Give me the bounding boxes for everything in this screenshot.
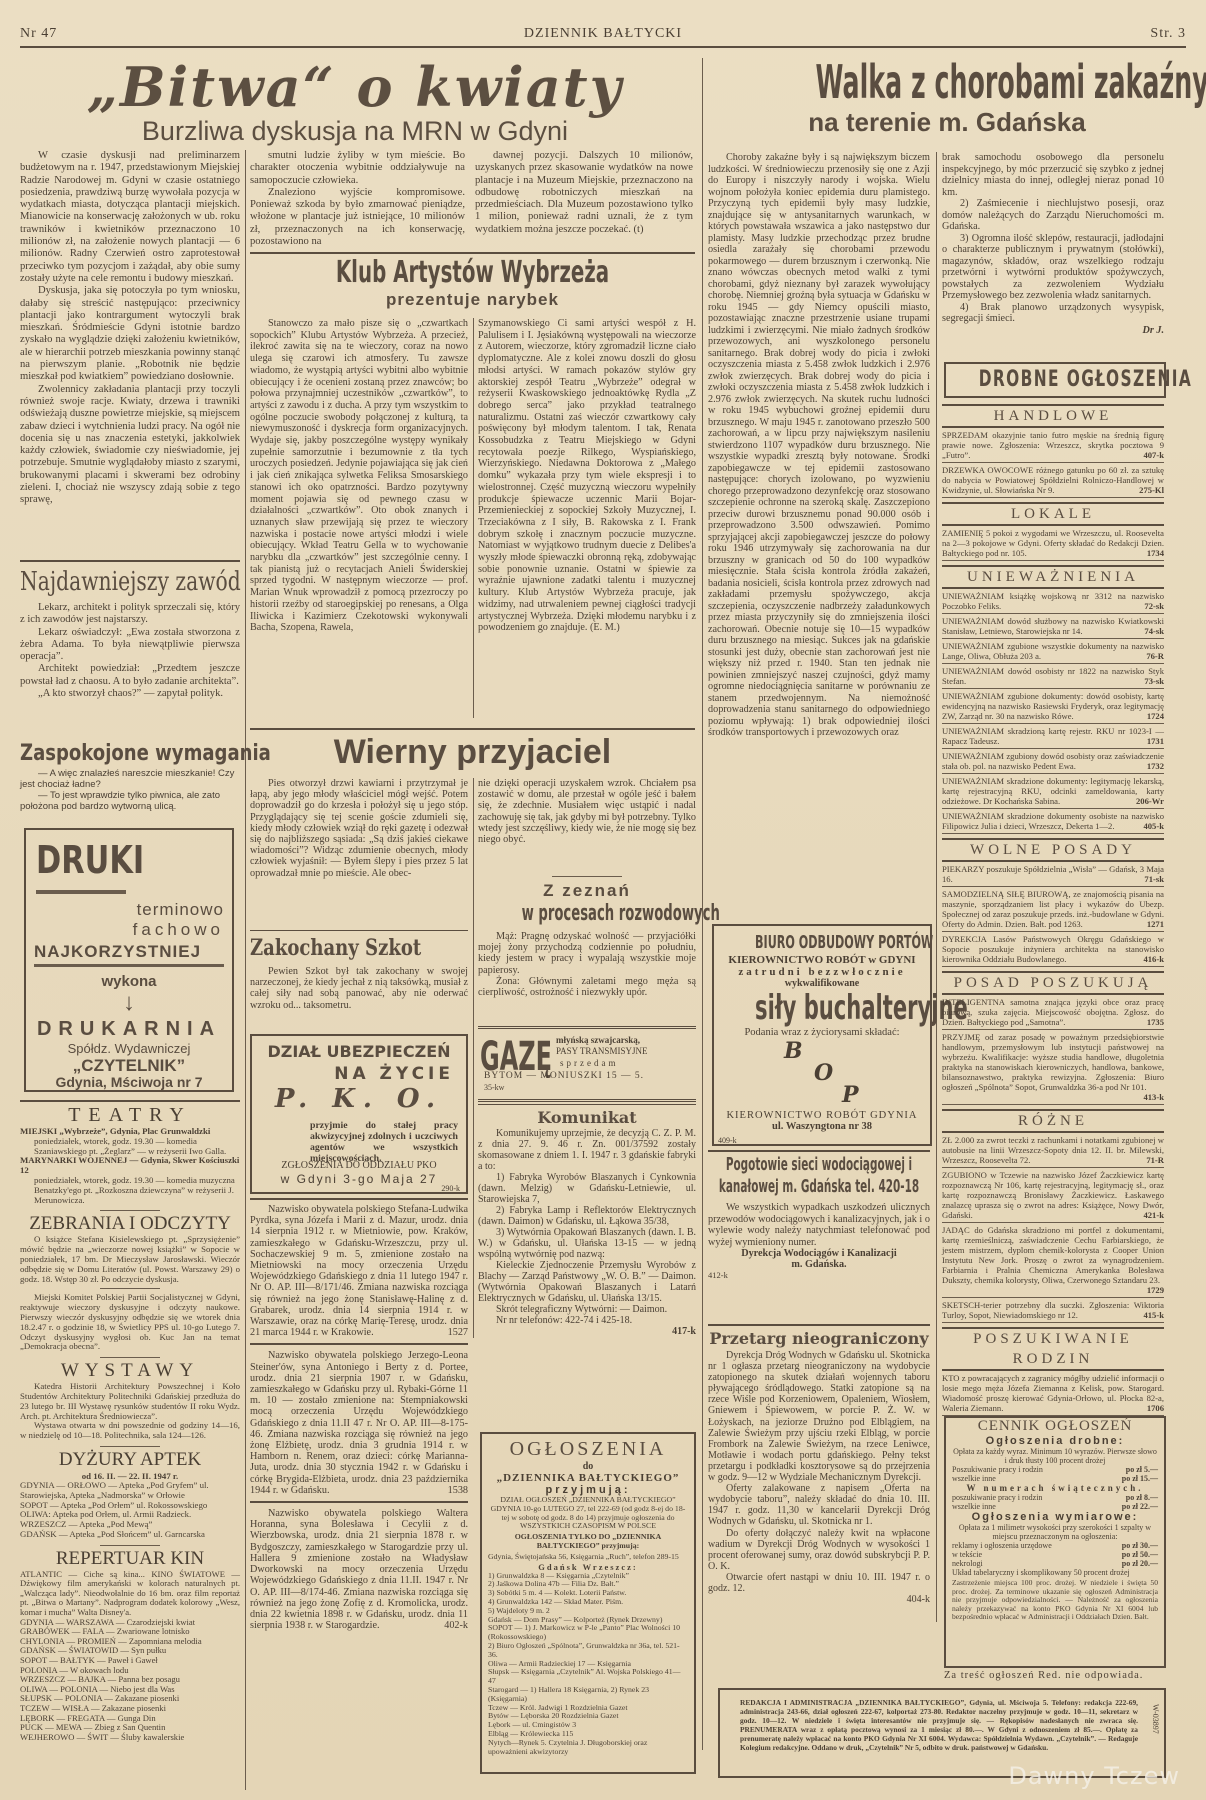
rate-value: po zł 30.— xyxy=(1122,1541,1158,1550)
zeznan-subhead: w procesach rozwodowych xyxy=(522,901,653,927)
classified-text: SAMODZIELNĄ SIŁĘ BIUROWĄ, ze znajomością… xyxy=(942,889,1164,929)
szkot-article: Zakochany Szkot Pewien Szkot był tak zak… xyxy=(250,934,468,1011)
rate-label: poszukiwanie pracy i rodzin xyxy=(952,1493,1042,1502)
ad-code: 1731 xyxy=(1147,736,1164,746)
classified-ad: INTELIGENTNA samotna znająca języki obce… xyxy=(942,995,1164,1030)
rate-value: po zł 50.— xyxy=(1122,1550,1158,1559)
paragraph: Znaleziono wyjście kompromisowe. Poniewa… xyxy=(250,187,465,248)
bop-logo: B O P xyxy=(714,1038,930,1110)
divider xyxy=(250,1501,468,1503)
ad-code: 74-sk xyxy=(1144,626,1164,636)
paragraph: nie dzięki operacji uzyskałem wzrok. Chc… xyxy=(478,778,696,845)
walka-headline-block: Walka z chorobami zakaźnymi na terenie m… xyxy=(708,56,1186,136)
zebranie-item: Miejski Komitet Polskiej Partii Socjalis… xyxy=(20,1293,240,1352)
ogloszenia-text: DZIAŁ OGŁOSZEŃ „DZIENNIKA BAŁTYCKIEGO” G… xyxy=(482,1496,694,1531)
paragraph: Pies otworzył drzwi kawiarni i przytrzym… xyxy=(250,778,468,879)
wystawa-item: Katedra Historii Architektury Powszechne… xyxy=(20,1382,240,1421)
classified-text: UNIEWAŻNIAM skradzioną kartę rejestr. RK… xyxy=(942,726,1164,746)
divider xyxy=(478,1104,696,1105)
pko-body: przyjmie do stałej pracy akwizycyjnej zd… xyxy=(310,1120,458,1164)
rate-value: po zł 8.— xyxy=(1126,1493,1158,1502)
classified-text: UNIEWAŻNIAM zgubione wszystkie dokumenty… xyxy=(942,641,1164,661)
classified-ad: UNIEWAŻNIAM dowód służbowy na nazwisko K… xyxy=(942,614,1164,639)
classified-text: ZŁ 2.000 za zwrot teczki z rachunkami i … xyxy=(942,1135,1164,1165)
masthead: Nr 47 DZIENNIK BAŁTYCKI Str. 3 xyxy=(20,22,1186,48)
gaze-line: PASY TRANSMISYJNE xyxy=(556,1046,647,1056)
wystawy-title: WYSTAWY xyxy=(20,1360,240,1382)
druki-line: terminowo xyxy=(137,900,224,920)
column-rule xyxy=(473,778,474,1338)
column-rule xyxy=(473,318,474,718)
wierny-headline: Wierny przyjaciel xyxy=(250,730,695,774)
teatr-name: MARYNARKI WOJENNEJ — Gdynia, Skwer Kości… xyxy=(20,1155,239,1175)
ogloszenia-text: Gdynia, Świętojańska 56, Księgarnia „Ruc… xyxy=(482,1553,694,1562)
ogloszenia-label: „DZIENNIKA BAŁTYCKIEGO” xyxy=(482,1472,694,1484)
paragraph: Skrót telegraficzny Wytwórni: — Daimon. xyxy=(478,1304,696,1315)
classified-text: SKETSCH-terier potrzebny dla suczki. Zgł… xyxy=(942,1300,1164,1320)
classified-ad: ZGUBIONO w Tczewie na nazwisko Józef Żac… xyxy=(942,1168,1164,1223)
paragraph: Żona: Głównymi zaletami mego męża są cie… xyxy=(478,976,696,998)
classified-ad: UNIEWAŻNIAM skradzione dokumenty osobist… xyxy=(942,809,1164,834)
druki-title: DRUKI xyxy=(36,838,144,882)
divider xyxy=(708,1324,930,1326)
ogloszenia-label: do xyxy=(482,1461,694,1472)
classified-text: ZAMIENIĘ 5 pokoi z wygodami we Wrzeszczu… xyxy=(942,528,1164,558)
cennik-subtitle: W numerach świątecznych. xyxy=(946,1483,1164,1493)
druki-line: Spółdz. Wydawniczej xyxy=(26,1041,232,1056)
paragraph: W czasie dyskusji nad preliminarzem budż… xyxy=(20,150,240,285)
ogloszenia-list-item: SOPOT — 1) J. Markowicz w P-le „Panto” P… xyxy=(488,1624,688,1642)
classified-ad: JADĄC do Gdańska skradziono mi portfel z… xyxy=(942,1223,1164,1298)
ogloszenia-info-box: OGŁOSZENIA do „DZIENNIKA BAŁTYCKIEGO” pr… xyxy=(480,1432,696,1774)
ad-code: 1724 xyxy=(1147,711,1164,721)
classified-ad: UNIEWAŻNIAM zgubiony dowód osobisty oraz… xyxy=(942,749,1164,774)
ad-code: 1527 xyxy=(430,1327,468,1338)
paragraph: Lekarz, architekt i polityk sprzeczali s… xyxy=(20,602,240,627)
ad-code: 1271 xyxy=(1147,919,1164,929)
ad-code: 409-k xyxy=(718,1136,737,1145)
ad-code: 417-k xyxy=(478,1326,696,1337)
rate-value: po zł 5.— xyxy=(1126,1465,1158,1474)
cennik-footer: Za treść ogłoszeń Red. nie odpowiada. xyxy=(944,1670,1164,1681)
ad-code: 412-k xyxy=(708,1270,930,1280)
paragraph: — A więc znalazłeś nareszcie mieszkanie!… xyxy=(20,768,240,790)
ogloszenia-list-item: 2) Biuro Ogłoszeń „Spólnota”, Grunwaldzk… xyxy=(488,1642,688,1660)
paragraph: Choroby zakaźne były i są największym bi… xyxy=(708,152,930,739)
rate-label: reklamy i ogłoszenia urzędowe xyxy=(952,1541,1052,1550)
paragraph: dawnej pozycji. Dalszych 10 milionów, uz… xyxy=(475,150,693,236)
column-rule xyxy=(245,150,246,1790)
divider xyxy=(708,1150,930,1152)
ad-code: 405-k xyxy=(1143,821,1164,831)
classified-ad: SAMODZIELNĄ SIŁĘ BIUROWĄ, ze znajomością… xyxy=(942,887,1164,932)
ad-code: 416-k xyxy=(1143,954,1164,964)
ad-code: 71-R xyxy=(1146,1155,1164,1165)
zaspokojone-article: Zaspokojone wymagania — A więc znalazłeś… xyxy=(20,740,240,812)
klub-col1: Stanowczo za mało pisze się o „czwartkac… xyxy=(250,318,468,634)
divider xyxy=(250,1198,468,1200)
druki-line: NAJKORZYSTNIEJ xyxy=(34,942,201,962)
zebrania-title: ZEBRANIA I ODCZYTY xyxy=(20,1213,240,1235)
classifieds: HANDLOWESPRZEDAM okazyjnie tanio futro m… xyxy=(942,400,1164,1416)
classified-text: PRZYJMĘ od zaraz posadę w poważnym przed… xyxy=(942,1032,1164,1092)
bop-line: zatrudni bezzwłocznie xyxy=(714,966,930,978)
classified-text: UNIEWAŻNIAM dowód osobisty nr 1822 na na… xyxy=(942,666,1164,686)
paper-title: DZIENNIK BAŁTYCKI xyxy=(20,26,1186,42)
classified-ad: UNIEWAŻNIAM zgubione dokumenty: dowód os… xyxy=(942,689,1164,724)
classified-section-title: POSZUKIWANIE RODZIN xyxy=(942,1329,1164,1371)
kina-list: GDYNIA — WARSZAWA — Czarodziejski kwiatG… xyxy=(20,1618,240,1743)
ad-code: 1729 xyxy=(1147,1285,1164,1295)
classified-text: JADĄC do Gdańska skradziono mi portfel z… xyxy=(942,1225,1164,1285)
klub-subhead: prezentuje narybek xyxy=(250,290,695,310)
classified-text: UNIEWAŻNIAM książkę wojskową nr 3312 na … xyxy=(942,591,1164,611)
druki-advertisement: DRUKI terminowo fachowo NAJKORZYSTNIEJ w… xyxy=(24,828,234,1092)
paragraph: — To jest wprawdzie tylko piwnica, ale z… xyxy=(20,790,240,812)
gaze-line: młyńską szwajcarską, xyxy=(556,1035,640,1045)
ad-code: 35-kw xyxy=(484,1083,504,1092)
rate-label: nekrologi xyxy=(952,1559,983,1568)
divider xyxy=(100,1545,160,1546)
cennik-rates: poszukiwanie pracy i rodzinpo zł 8.—wsze… xyxy=(946,1493,1164,1511)
bop-letter: P xyxy=(842,1082,859,1108)
classified-text: KTO z powracających z zagranicy mógłby u… xyxy=(942,1373,1164,1413)
klub-headline: Klub Artystów Wybrzeża xyxy=(326,256,620,290)
zeznan-headline: Z zeznań xyxy=(478,881,696,901)
ogloszenia-list-item: Słupsk — Księgarnia „Czytelnik” Al. Wojs… xyxy=(488,1668,688,1686)
divider xyxy=(100,1446,160,1447)
paragraph: Lekarz oświadczył: „Ewa została stworzon… xyxy=(20,627,240,664)
paragraph: Kieleckie Zjednoczenie Przemysłu Wyrobów… xyxy=(478,1260,696,1304)
paragraph: Nr nr telefonów: 422-74 i 425-18. xyxy=(478,1315,696,1326)
divider xyxy=(20,1100,240,1102)
kina-intro: ATLANTIC — Ciche są kina... KINO ŚWIATOW… xyxy=(20,1570,240,1618)
pko-advertisement: DZIAŁ UBEZPIECZEŃ NA ŻYCIE P. K. O. przy… xyxy=(250,1034,468,1194)
paragraph: smutni ludzie żyliby w tym mieście. Bo c… xyxy=(250,150,465,187)
walka-headline: Walka z chorobami zakaźnymi xyxy=(816,56,1079,108)
classified-text: PIEKARZY poszukuje Spółdzielnia „Wisła” … xyxy=(942,864,1164,884)
classified-ad: KTO z powracających z zagranicy mógłby u… xyxy=(942,1371,1164,1416)
watermark: Dawny Tczew xyxy=(1008,1762,1180,1790)
wystawa-item: Wystawa otwarta w dni powszednie od godz… xyxy=(20,1421,240,1441)
paragraph: „A kto stworzył chaos?” — zapytał polity… xyxy=(20,688,240,700)
rate-label: wszelkie inne xyxy=(952,1474,996,1483)
bitwa-subhead: Burzliwa dyskusja na MRN w Gdyni xyxy=(20,116,690,146)
ad-code: 421-k xyxy=(1143,1210,1164,1220)
najdawniejszy-article: Najdawniejszy zawód Lekarz, architekt i … xyxy=(20,566,240,700)
apteka-item: GDYNIA — ORŁOWO — Apteka „Pod Gryfem” ul… xyxy=(20,1481,240,1501)
paragraph: 2) Fabryka Lamp i Reflektorów Elektryczn… xyxy=(478,1205,696,1227)
rate-row: reklamy i ogłoszenia urzędowepo zł 30.— xyxy=(952,1541,1158,1550)
ad-code: 206-Wr xyxy=(1136,796,1164,806)
komunikat-article: Komunikat Komunikujemy uprzejmie, że dec… xyxy=(478,1108,696,1337)
page-number: Str. 3 xyxy=(1150,26,1186,42)
column-rule xyxy=(936,152,937,1622)
name-change-notice: Nazwisko obywatela polskiego Jerzego-Leo… xyxy=(250,1350,468,1496)
druki-line: fachowo xyxy=(133,920,224,940)
cennik-rates: Poszukiwanie pracy i rodzinpo zł 5.—wsze… xyxy=(946,1465,1164,1483)
teatr-text: poniedziałek, wtorek, godz. 19.30 — kome… xyxy=(20,1137,240,1157)
classified-section-title: LOKALE xyxy=(942,504,1164,526)
classified-section-title: RÓŻNE xyxy=(942,1111,1164,1133)
gaze-line: sprzedam xyxy=(560,1058,618,1068)
komunikat-headline: Komunikat xyxy=(478,1108,696,1128)
ad-code: 72-sk xyxy=(1144,601,1164,611)
divider xyxy=(250,930,468,931)
paragraph: 1) Fabryka Wyrobów Blaszanych i Cynkowni… xyxy=(478,1172,696,1205)
rate-label: wszelkie inne xyxy=(952,1502,996,1511)
ad-code: 402-k xyxy=(426,1620,468,1631)
klub-col2: Szymanowskiego Ci sami artyści wespół z … xyxy=(478,318,696,634)
bitwa-headline: „Bitwa“ o kwiaty xyxy=(20,58,690,116)
wierny-col2: nie dzięki operacji uzyskałem wzrok. Chc… xyxy=(478,778,696,845)
bitwa-headline-block: „Bitwa“ o kwiaty Burzliwa dyskusja na MR… xyxy=(20,58,690,146)
divider xyxy=(36,890,126,894)
paragraph: Stanowczo za mało pisze się o „czwartkac… xyxy=(250,318,468,634)
bitwa-col1: W czasie dyskusji nad preliminarzem budż… xyxy=(20,150,240,507)
paragraph: 3) Wytwórnia Opakowań Blaszanych (dawn. … xyxy=(478,1227,696,1260)
bop-line: KIEROWNICTWO ROBÓT GDYNIA xyxy=(714,1110,930,1121)
classified-ad: PRZYJMĘ od zaraz posadę w poważnym przed… xyxy=(942,1030,1164,1105)
bop-letter: O xyxy=(814,1060,833,1086)
kina-title: REPERTUAR KIN xyxy=(20,1548,240,1570)
signature: Dyrekcja Wodociągów i Kanalizacji xyxy=(708,1248,930,1259)
paragraph: Do oferty dołączyć należy kwit na wpłaco… xyxy=(708,1528,930,1572)
rate-value: po zł 20.— xyxy=(1122,1559,1158,1568)
classified-section-title: UNIEWAŻNIENIA xyxy=(942,567,1164,589)
ad-code: 1734 xyxy=(1147,548,1164,558)
pogotowie-article: Pogotowie sieci wodociągowej i kanałowej… xyxy=(708,1154,930,1280)
rate-value: po zł 15.— xyxy=(1122,1474,1158,1483)
ogloszenia-list-item: Nytych—Rynek 5. Czytelnia J. Długoborski… xyxy=(488,1739,688,1757)
classified-ad: UNIEWAŻNIAM dowód osobisty nr 1822 na na… xyxy=(942,664,1164,689)
classified-ad: DRZEWKA OWOCOWE różnego gatunku po 60 zł… xyxy=(942,463,1164,498)
divider xyxy=(552,876,622,877)
paragraph: Architekt powiedział: „Przedtem jeszcze … xyxy=(20,663,240,688)
cennik-text: Zastrzeżenie miejsca 100 proc. drożej. W… xyxy=(946,1577,1164,1624)
classified-ad: UNIEWAŻNIAM skradzioną kartę rejestr. RK… xyxy=(942,724,1164,749)
gaze-advertisement: GAZĘ młyńską szwajcarską, PASY TRANSMISY… xyxy=(478,1026,696,1102)
pko-line: ZGŁOSZENIA DO ODDZIAŁU PKO xyxy=(252,1160,466,1171)
ad-code: 404-k xyxy=(708,1594,930,1605)
rate-label: w tekście xyxy=(952,1550,982,1559)
divider xyxy=(100,1357,160,1358)
bitwa-col3: dawnej pozycji. Dalszych 10 milionów, uz… xyxy=(475,150,693,236)
classified-ad: ZAMIENIĘ 5 pokoi z wygodami we Wrzeszczu… xyxy=(942,526,1164,561)
druki-line: wykona xyxy=(26,973,232,990)
classified-text: UNIEWAŻNIAM zgubiony dowód osobisty oraz… xyxy=(942,751,1164,771)
ad-code: 275-Kl xyxy=(1139,485,1164,495)
teatr-text: poniedziałek, wtorek, godz. 19.30 — kome… xyxy=(20,1176,240,1205)
classified-text: UNIEWAŻNIAM dowód służbowy na nazwisko K… xyxy=(942,616,1164,636)
imprint-text: REDAKCJA I ADMINISTRACJA „DZIENNIKA BAŁT… xyxy=(740,1698,1138,1752)
ogloszenia-text: OGŁOSZENIA TYLKO DO „DZIENNIKA BAŁTYCKIE… xyxy=(482,1531,694,1553)
teatr-item: MIEJSKI „Wybrzeże”, Gdynia, Plac Grunwal… xyxy=(20,1127,240,1156)
classified-text: SPRZEDAM okazyjnie tanio futro męskie na… xyxy=(942,430,1164,460)
classified-ad: UNIEWAŻNIAM zgubione wszystkie dokumenty… xyxy=(942,639,1164,664)
paragraph: Szymanowskiego Ci sami artyści wespół z … xyxy=(478,318,696,634)
rate-row: wszelkie innepo zł 22.— xyxy=(952,1502,1158,1511)
cennik-rates: reklamy i ogłoszenia urzędowepo zł 30.—w… xyxy=(946,1541,1164,1568)
listings-column: TEATRY MIEJSKI „Wybrzeże”, Gdynia, Plac … xyxy=(20,1104,240,1742)
druki-line: DRUKARNIA xyxy=(26,1018,232,1041)
drobne-title: DROBNE OGŁOSZENIA xyxy=(979,364,1132,396)
cennik-text: Opłata za każdy wyraz. Minimum 10 wyrazó… xyxy=(946,1447,1164,1465)
classified-text: DRZEWKA OWOCOWE różnego gatunku po 60 zł… xyxy=(942,465,1164,495)
divider xyxy=(250,1343,468,1345)
ad-code: 76-R xyxy=(1146,651,1164,661)
ogloszenia-list: 1) Grunwaldzka 8 — Księgarnia „Czytelnik… xyxy=(482,1572,694,1757)
classified-ad: UNIEWAŻNIAM książkę wojskową nr 3312 na … xyxy=(942,589,1164,614)
paragraph: 2) Zaśmiecenie i niechlujstwo posesji, o… xyxy=(942,198,1164,233)
teatr-name: MIEJSKI „Wybrzeże”, Gdynia, Plac Grunwal… xyxy=(20,1126,210,1136)
paragraph: We wszystkich wypadkach uszkodzeń uliczn… xyxy=(708,1202,930,1248)
przetarg-article: Przetarg nieograniczony Dyrekcja Dróg Wo… xyxy=(708,1328,930,1605)
classified-ad: UNIEWAŻNIAM skradzione dokumenty: legity… xyxy=(942,774,1164,809)
paragraph: Otwarcie ofert nastąpi w dniu 10. III. 1… xyxy=(708,1572,930,1594)
classified-ad: SPRZEDAM okazyjnie tanio futro męskie na… xyxy=(942,428,1164,463)
ad-code: 415-k xyxy=(1143,1310,1164,1320)
classified-text: UNIEWAŻNIAM skradzione dokumenty: legity… xyxy=(942,776,1164,806)
apteka-item: GDAŃSK — Apteka „Pod Słońcem” ul. Garnca… xyxy=(20,1530,240,1540)
druki-line: „CZYTELNIK” xyxy=(26,1056,232,1076)
pko-logo: P. K. O. xyxy=(252,1084,466,1114)
ad-code: 413-k xyxy=(1143,1092,1164,1102)
ogloszenia-list-item: Starogard — 1) Hallera 18 Księgarnia, 2)… xyxy=(488,1686,688,1704)
arrow-down-icon: ↓ xyxy=(26,990,232,1017)
pko-address: w Gdyni 3-go Maja 27 xyxy=(252,1172,466,1186)
signature: m. Gdańska. xyxy=(708,1259,930,1270)
ogloszenia-title: OGŁOSZENIA xyxy=(482,1438,694,1461)
paragraph: Pewien Szkot był tak zakochany w swojej … xyxy=(250,966,468,1011)
ad-code: 1732 xyxy=(1147,761,1164,771)
cinema-row: WEJHEROWO — ŚWIT — Śluby kawalerskie xyxy=(20,1733,240,1743)
ad-code: 73-sk xyxy=(1144,676,1164,686)
cennik-text: Opłata za 1 milimetr wysokości przy szer… xyxy=(946,1523,1164,1541)
zeznan-article: Z zeznań w procesach rozwodowych Mąż: Pr… xyxy=(478,876,696,998)
ad-code: 290-k xyxy=(441,1184,460,1193)
paragraph: brak samochodu osobowego dla personelu i… xyxy=(942,152,1164,198)
ad-code: 407-k xyxy=(1143,450,1164,460)
classified-text: UNIEWAŻNIAM skradzione dokumenty osobist… xyxy=(942,811,1164,831)
paragraph: 4) Brak planowo urządzonych wysypisk, se… xyxy=(942,302,1164,325)
ad-code: 71-sk xyxy=(1144,874,1164,884)
newspaper-page: Nr 47 DZIENNIK BAŁTYCKI Str. 3 „Bitwa“ o… xyxy=(0,0,1206,1800)
klub-headline-block: Klub Artystów Wybrzeża prezentuje narybe… xyxy=(250,256,695,310)
bop-line: siły buchalteryjne xyxy=(755,989,889,1027)
classified-ad: PIEKARZY poszukuje Spółdzielnia „Wisła” … xyxy=(942,862,1164,887)
cennik-box: CENNIK OGŁOSZEŃ Ogłoszenia drobne: Opłat… xyxy=(944,1416,1166,1668)
classified-section-title: WOLNE POSADY xyxy=(942,840,1164,862)
cennik-subtitle: Ogłoszenia drobne: xyxy=(946,1435,1164,1447)
rate-row: nekrologipo zł 20.— xyxy=(952,1559,1158,1568)
paragraph: Dyrekcja Dróg Wodnych w Gdańsku ul. Skot… xyxy=(708,1350,930,1483)
walka-subhead: na terenie m. Gdańska xyxy=(708,108,1186,136)
divider xyxy=(250,252,695,254)
paragraph: Zwolennicy zakładania plantacji przy toc… xyxy=(20,384,240,507)
bop-line: Podania wraz z życiorysami składać: xyxy=(714,1027,930,1038)
pogotowie-headline: Pogotowie sieci wodociągowej i kanałowej… xyxy=(709,1154,929,1198)
apteki-title: DYŻURY APTEK xyxy=(20,1449,240,1471)
wierny-headline-block: Wierny przyjaciel xyxy=(250,730,695,774)
walka-col1: Choroby zakaźne były i są największym bi… xyxy=(708,152,930,739)
name-change-notices: Nazwisko obywatela polskiego Stefana-Lud… xyxy=(250,1204,468,1631)
rate-row: wszelkie innepo zł 15.— xyxy=(952,1474,1158,1483)
bop-line: KIEROWNICTWO ROBÓT w GDYNI xyxy=(714,954,930,966)
classified-ad: SKETSCH-terier potrzebny dla suczki. Zgł… xyxy=(942,1298,1164,1323)
rate-value: po zł 22.— xyxy=(1122,1502,1158,1511)
signature: Dr J. xyxy=(942,325,1164,337)
divider xyxy=(34,964,224,967)
divider xyxy=(100,1288,160,1289)
teatry-title: TEATRY xyxy=(20,1104,240,1127)
classified-ad: DYREKCJA Lasów Państwowych Okręgu Gdańsk… xyxy=(942,932,1164,967)
paragraph: Dyskusja, jaka się potoczyła po tym wnio… xyxy=(20,285,240,383)
imprint-code: W-03897 xyxy=(1151,1704,1160,1734)
cennik-title: CENNIK OGŁOSZEŃ xyxy=(946,1418,1164,1435)
pko-line: NA ŻYCIE xyxy=(334,1064,454,1084)
bop-letter: B xyxy=(784,1038,803,1064)
zebranie-item: O książce Stefana Kisielewskiego pt. „Sp… xyxy=(20,1235,240,1284)
bitwa-col2: smutni ludzie żyliby w tym mieście. Bo c… xyxy=(250,150,465,248)
name-change-notice: Nazwisko obywatela polskiego Stefana-Lud… xyxy=(250,1204,468,1338)
najdawniejszy-headline: Najdawniejszy zawód xyxy=(20,566,192,598)
rate-label: Poszukiwanie pracy i rodzin xyxy=(952,1465,1043,1474)
classified-section-title: HANDLOWE xyxy=(942,406,1164,428)
wierny-col1: Pies otworzył drzwi kawiarni i przytrzym… xyxy=(250,778,468,879)
paragraph: Oferty zalakowane z napisem „Oferta na w… xyxy=(708,1483,930,1527)
ad-code: 1735 xyxy=(1147,1017,1164,1027)
paragraph: 3) Ogromna ilość sklepów, restauracji, j… xyxy=(942,233,1164,302)
classified-section-title: POSAD POSZUKUJĄ xyxy=(942,973,1164,995)
bop-advertisement: BIURO ODBUDOWY PORTÓW KIEROWNICTWO ROBÓT… xyxy=(712,924,932,1146)
walka-col2: brak samochodu osobowego dla personelu i… xyxy=(942,152,1164,336)
divider xyxy=(20,560,240,562)
cennik-subtitle: Ogłoszenia wymiarowe: xyxy=(946,1511,1164,1523)
rate-row: poszukiwanie pracy i rodzinpo zł 8.— xyxy=(952,1493,1158,1502)
teatr-item: MARYNARKI WOJENNEJ — Gdynia, Skwer Kości… xyxy=(20,1156,240,1205)
classified-text: INTELIGENTNA samotna znająca języki obce… xyxy=(942,997,1164,1027)
paragraph: Mąż: Pragnę odzyskać wolność — przyjació… xyxy=(478,931,696,976)
ad-code: 1538 xyxy=(430,1485,468,1496)
classified-ad: ZŁ 2.000 za zwrot teczki z rachunkami i … xyxy=(942,1133,1164,1168)
rate-row: w tekściepo zł 50.— xyxy=(952,1550,1158,1559)
name-change-notice: Nazwisko obywatela polskiego Waltera Hor… xyxy=(250,1508,468,1631)
rate-row: Poszukiwanie pracy i rodzinpo zł 5.— xyxy=(952,1465,1158,1474)
bop-line: BIURO ODBUDOWY PORTÓW xyxy=(755,932,889,954)
classified-text: ZGUBIONO w Tczewie na nazwisko Józef Żac… xyxy=(942,1170,1164,1220)
gaze-address: BYTOM — MONIUSZKI 15 — 5. xyxy=(484,1071,644,1081)
classified-text: DYREKCJA Lasów Państwowych Okręgu Gdańsk… xyxy=(942,934,1164,964)
divider xyxy=(100,1210,160,1211)
szkot-headline: Zakochany Szkot xyxy=(250,934,429,962)
drobne-title-box: DROBNE OGŁOSZENIA xyxy=(944,362,1166,398)
bop-address: ul. Waszyngtona nr 38 xyxy=(714,1121,930,1132)
classified-text: UNIEWAŻNIAM zgubione dokumenty: dowód os… xyxy=(942,691,1164,721)
paragraph: Komunikujemy uprzejmie, że decyzją C. Z.… xyxy=(478,1128,696,1172)
zaspokojone-headline: Zaspokojone wymagania xyxy=(20,740,200,768)
przetarg-headline: Przetarg nieograniczony xyxy=(708,1328,930,1350)
cennik-text: Układ tabelaryczny i skomplikowany 50 pr… xyxy=(946,1568,1164,1577)
druki-line: Gdynia, Mściwoja nr 7 xyxy=(26,1074,232,1090)
pko-line: DZIAŁ UBEZPIECZEŃ xyxy=(252,1042,466,1061)
ad-code: 1706 xyxy=(1147,1403,1164,1413)
